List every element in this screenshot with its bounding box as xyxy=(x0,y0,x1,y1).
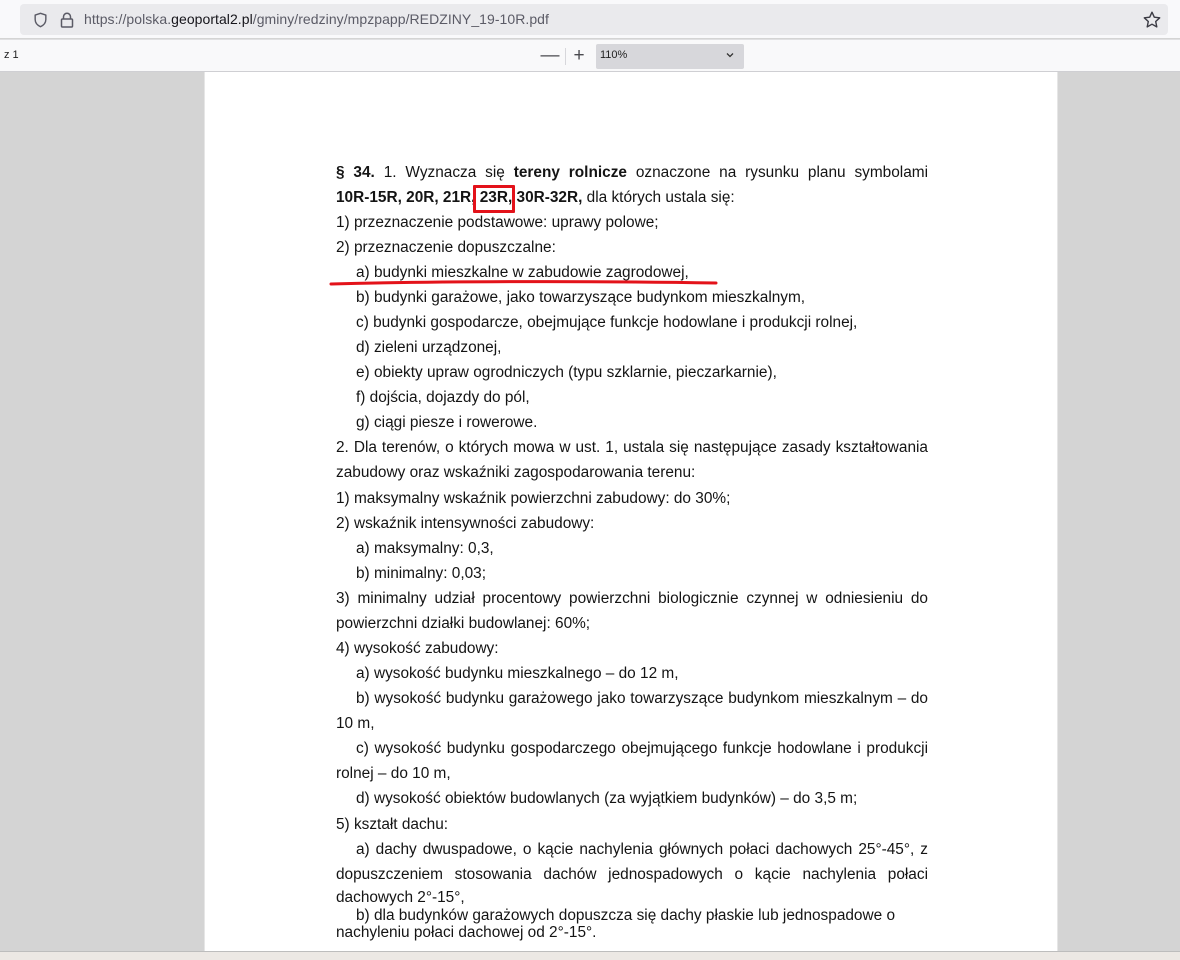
doc-line: dachowych 2°-15°, xyxy=(336,890,465,906)
doc-line: c) budynki gospodarcze, obejmujące funkc… xyxy=(356,314,857,332)
zoom-in-button[interactable]: + xyxy=(569,45,589,67)
zoom-select[interactable]: 110% xyxy=(596,44,744,69)
browser-url-bar: https://polska.geoportal2.pl/gminy/redzi… xyxy=(0,0,1180,38)
doc-line: 3) minimalny udział procentowy powierzch… xyxy=(336,590,928,608)
para-34-line-1: § 34. 1. Wyznacza się tereny rolnicze oz… xyxy=(336,164,928,182)
doc-line: nachyleniu połaci dachowej od 2°-15°. xyxy=(336,925,596,941)
bottom-edge xyxy=(0,951,1180,960)
address-field[interactable]: https://polska.geoportal2.pl/gminy/redzi… xyxy=(20,4,1168,35)
underlined-line: a) budynki mieszkalne w zabudowie zagrod… xyxy=(356,264,689,282)
doc-line: b) dla budynków garażowych dopuszcza się… xyxy=(356,908,895,924)
doc-line: 4) wysokość zabudowy: xyxy=(336,640,499,658)
doc-line: d) wysokość obiektów budowlanych (za wyj… xyxy=(356,790,857,808)
chevron-down-icon xyxy=(725,50,735,60)
doc-line: b) budynki garażowe, jako towarzyszące b… xyxy=(356,289,805,307)
doc-line: rolnej – do 10 m, xyxy=(336,765,451,783)
lock-icon[interactable] xyxy=(60,12,74,28)
para-34-line-2: 10R-15R, 20R, 21R, 23R, 30R-32R, dla któ… xyxy=(336,189,735,207)
pdf-toolbar: z 1 — + 110% xyxy=(0,39,1180,72)
doc-line: 2) przeznaczenie dopuszczalne: xyxy=(336,239,556,257)
zoom-separator xyxy=(565,48,566,65)
zoom-out-button[interactable]: — xyxy=(540,45,560,67)
doc-line: f) dojścia, dojazdy do pól, xyxy=(356,389,530,407)
shield-icon[interactable] xyxy=(33,12,48,28)
doc-line: a) maksymalny: 0,3, xyxy=(356,540,494,558)
doc-line: 2. Dla terenów, o których mowa w ust. 1,… xyxy=(336,439,928,457)
doc-line: c) wysokość budynku gospodarczego obejmu… xyxy=(356,740,928,758)
doc-line: g) ciągi piesze i rowerowe. xyxy=(356,414,537,432)
zoom-value: 110% xyxy=(600,49,627,61)
doc-line: 1) maksymalny wskaźnik powierzchni zabud… xyxy=(336,490,730,508)
doc-line: d) zieleni urządzonej, xyxy=(356,339,501,357)
doc-line: dopuszczeniem stosowania dachów jednospa… xyxy=(336,866,928,884)
doc-line: 5) kształt dachu: xyxy=(336,816,448,834)
doc-line: 2) wskaźnik intensywności zabudowy: xyxy=(336,515,594,533)
doc-line: 10 m, xyxy=(336,715,375,733)
page-count: z 1 xyxy=(4,49,19,61)
doc-line: powierzchni działki budowlanej: 60%; xyxy=(336,615,590,633)
highlight-box-annotation xyxy=(473,185,515,213)
doc-line: a) dachy dwuspadowe, o kącie nachylenia … xyxy=(356,841,928,859)
doc-line: b) minimalny: 0,03; xyxy=(356,565,486,583)
bookmark-star-icon[interactable] xyxy=(1142,10,1162,30)
doc-line: e) obiekty upraw ogrodniczych (typu szkl… xyxy=(356,364,777,382)
doc-line: 1) przeznaczenie podstawowe: uprawy polo… xyxy=(336,214,659,232)
url-text[interactable]: https://polska.geoportal2.pl/gminy/redzi… xyxy=(84,11,549,27)
doc-line: zabudowy oraz wskaźniki zagospodarowania… xyxy=(336,464,695,482)
doc-line: a) wysokość budynku mieszkalnego – do 12… xyxy=(356,665,679,683)
doc-line: b) wysokość budynku garażowego jako towa… xyxy=(356,690,928,708)
